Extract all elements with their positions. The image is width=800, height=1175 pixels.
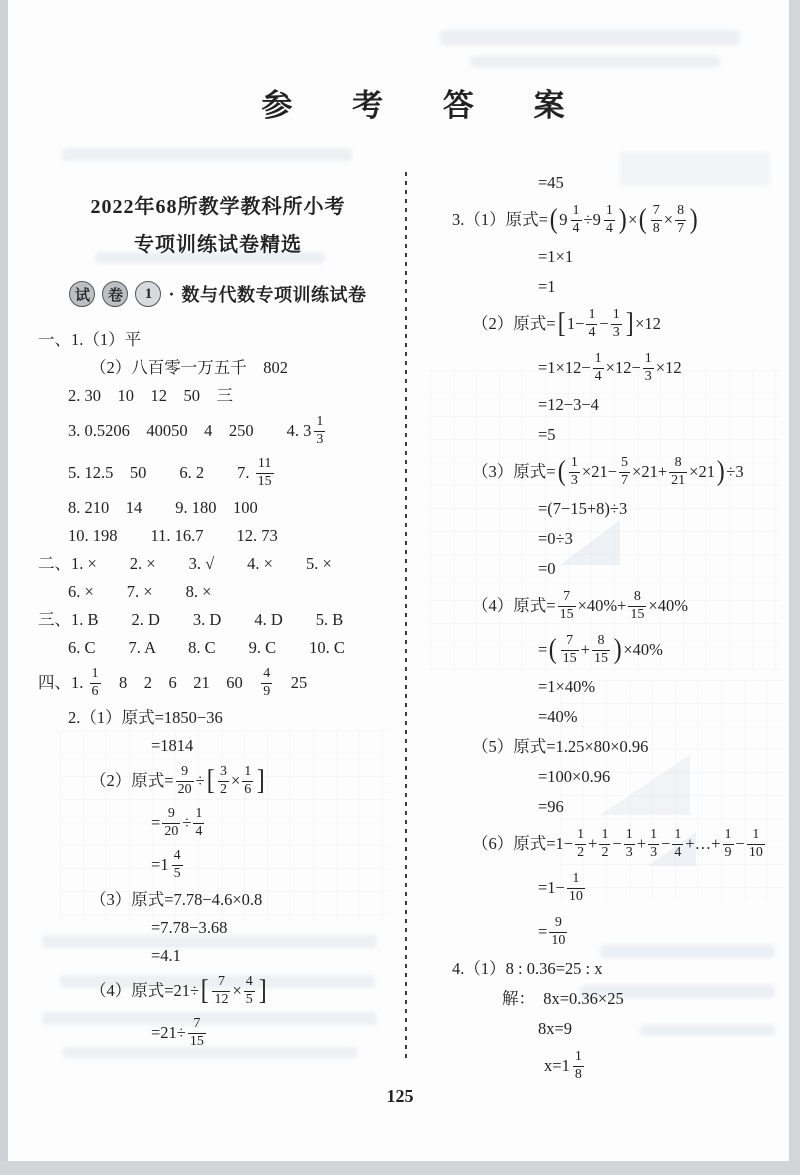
math-text: 8. 210 14 9. 180 100 <box>68 499 258 517</box>
math-text: ×12 <box>656 359 682 377</box>
math-text: ×40% <box>648 597 688 615</box>
big-delimiter: ) <box>717 458 725 486</box>
answer-line: 3.（1）原式=(914÷914)×(78×87) <box>452 198 797 242</box>
math-text: 2. 30 10 12 50 三 <box>68 387 233 405</box>
badge-circle-juan: 卷 <box>102 281 128 307</box>
page-title: 参 考 答 案 <box>0 80 800 125</box>
math-text: 6. C 7. A 8. C 9. C 10. C <box>68 639 345 657</box>
math-text: × <box>231 772 240 790</box>
math-text: =21÷ <box>151 1024 186 1042</box>
page-edge-bottom <box>0 1161 800 1175</box>
math-text: =(7−15+8)÷3 <box>538 500 627 518</box>
fraction: 920 <box>160 807 182 839</box>
answer-line: =1−110 <box>452 866 797 910</box>
answer-line: =(7−15+8)÷3 <box>452 494 797 524</box>
math-text: （3）原式= <box>472 463 556 481</box>
fraction: 32 <box>216 765 231 797</box>
math-text: =1×1 <box>538 248 573 266</box>
fraction: 13 <box>622 828 637 860</box>
fraction: 12 <box>597 828 612 860</box>
answer-line: =96 <box>452 792 797 822</box>
mixed-number: 118 <box>562 1050 586 1082</box>
answer-line: （2）原式=920÷[32×16] <box>38 760 406 802</box>
fraction: 13 <box>609 308 624 340</box>
answer-line: =1×1 <box>452 242 797 272</box>
page-edge-left <box>0 0 8 1175</box>
math-text: − <box>599 315 608 333</box>
badge-title: 数与代数专项训练试卷 <box>182 281 367 307</box>
answer-line: 8. 210 14 9. 180 100 <box>38 494 406 522</box>
math-text: 2.（1）原式=1850−36 <box>68 709 223 727</box>
answer-line: （4）原式=715×40%+815×40% <box>452 584 797 628</box>
answer-line: 6. × 7. × 8. × <box>38 578 406 606</box>
math-text: + <box>637 835 646 853</box>
math-text: × <box>232 982 241 1000</box>
math-text: +…+ <box>685 835 720 853</box>
math-text: ÷ <box>584 211 593 229</box>
answer-line: 三、1. B 2. D 3. D 4. D 5. B <box>38 606 406 634</box>
fraction: 19 <box>721 828 736 860</box>
math-text: = <box>151 856 160 874</box>
math-text: （4）原式= <box>472 597 556 615</box>
answer-line: 2.（1）原式=1850−36 <box>38 704 406 732</box>
fraction: 821 <box>667 456 689 488</box>
answer-line: =7.78−3.68 <box>38 914 406 942</box>
fraction: 16 <box>88 667 103 699</box>
answer-line: 二、1. × 2. × 3. √ 4. × 5. × <box>38 550 406 578</box>
fraction: 13 <box>567 456 582 488</box>
math-text: ×12 <box>635 315 661 333</box>
math-text: =1×40% <box>538 678 595 696</box>
page-number: 125 <box>0 1086 800 1107</box>
fraction: 49 <box>259 667 274 699</box>
math-text: 6. × 7. × 8. × <box>68 583 211 601</box>
math-text: =1814 <box>151 737 193 755</box>
paper-badge: 试 卷 1 · 数与代数专项训练试卷 <box>38 281 398 307</box>
answer-line: =45 <box>452 168 797 198</box>
big-delimiter: ( <box>549 636 557 664</box>
math-text: × <box>664 211 673 229</box>
answer-line: =0÷3 <box>452 524 797 554</box>
math-text: =12−3−4 <box>538 396 599 414</box>
math-text: （4）原式=21÷ <box>90 982 199 1000</box>
math-text: 3. 0.5206 40050 4 250 4. <box>68 422 303 440</box>
fraction: 1115 <box>254 457 276 489</box>
answer-line: =145 <box>38 844 406 886</box>
badge-circle-shi: 试 <box>69 281 95 307</box>
math-text: =40% <box>538 708 578 726</box>
fraction: 920 <box>174 765 196 797</box>
math-text: 解： 8x=0.36×25 <box>502 990 624 1008</box>
math-text: 8x=9 <box>538 1020 572 1038</box>
fraction: 815 <box>590 634 612 666</box>
answer-line: （3）原式=7.78−4.6×0.8 <box>38 886 406 914</box>
math-text: ÷ <box>182 814 191 832</box>
math-text: （2）原式= <box>472 315 556 333</box>
answer-line: =12−3−4 <box>452 390 797 420</box>
bleed-through-artifact <box>62 148 352 161</box>
math-text: 4.（1）8 : 0.36=25 : x <box>452 960 602 978</box>
math-text: =1 <box>538 278 556 296</box>
answer-line: =1814 <box>38 732 406 760</box>
answer-line: 4.（1）8 : 0.36=25 : x <box>452 954 797 984</box>
math-text: =0 <box>538 560 556 578</box>
fraction: 712 <box>210 975 232 1007</box>
math-text: = <box>151 814 160 832</box>
left-column: 一、1.（1）平（2）八百零一万五千 8022. 30 10 12 50 三3.… <box>38 326 406 1054</box>
fraction: 815 <box>626 590 648 622</box>
math-text: （2）原式= <box>90 772 174 790</box>
answer-line: =(715+815)×40% <box>452 628 797 672</box>
math-text: 8 2 6 21 60 <box>103 674 260 692</box>
math-text: =5 <box>538 426 556 444</box>
answer-line: （3）原式=(13×21−57×21+821×21)÷3 <box>452 450 797 494</box>
big-delimiter: ( <box>550 206 558 234</box>
math-text: − <box>661 835 670 853</box>
answer-line: =1×12−14×12−13×12 <box>452 346 797 390</box>
answer-line: 一、1.（1）平 <box>38 326 406 354</box>
math-text: =96 <box>538 798 564 816</box>
mixed-number: 914 <box>559 204 583 236</box>
bleed-through-artifact <box>440 30 740 45</box>
math-text: =0÷3 <box>538 530 573 548</box>
fraction: 14 <box>584 308 599 340</box>
book-title-line-2: 专项训练试卷精选 <box>38 228 398 257</box>
fraction: 110 <box>745 828 767 860</box>
big-delimiter: ] <box>257 767 265 795</box>
math-text: × <box>628 211 637 229</box>
answer-line: =40% <box>452 702 797 732</box>
fraction: 110 <box>565 872 587 904</box>
math-text: − <box>612 835 621 853</box>
page-edge-right <box>789 0 800 1175</box>
math-text: ÷3 <box>726 463 743 481</box>
big-delimiter: ] <box>258 977 266 1005</box>
math-text: + <box>581 641 590 659</box>
fraction: 45 <box>242 975 257 1007</box>
answer-line: 6. C 7. A 8. C 9. C 10. C <box>38 634 406 662</box>
answer-line: =5 <box>452 420 797 450</box>
math-text: 四、1. <box>38 674 88 692</box>
answer-line: （5）原式=1.25×80×0.96 <box>452 732 797 762</box>
fraction: 78 <box>649 204 664 236</box>
fraction: 14 <box>670 828 685 860</box>
big-delimiter: ( <box>557 458 565 486</box>
math-text: 10. 198 11. 16.7 12. 73 <box>68 527 278 545</box>
answer-line: 10. 198 11. 16.7 12. 73 <box>38 522 406 550</box>
math-text: ÷ <box>196 772 205 790</box>
mixed-number: 313 <box>303 415 327 447</box>
fraction: 910 <box>547 916 569 948</box>
book-title-line-1: 2022年68所教学教科所小考 <box>38 190 398 219</box>
math-text: =1×12− <box>538 359 591 377</box>
fraction: 715 <box>559 634 581 666</box>
answer-line: 5. 12.5 50 6. 2 7. 1115 <box>38 452 406 494</box>
answer-line: 3. 0.5206 40050 4 250 4. 313 <box>38 410 406 452</box>
answer-line: （4）原式=21÷[712×45] <box>38 970 406 1012</box>
fraction: 14 <box>591 352 606 384</box>
answer-line: =100×0.96 <box>452 762 797 792</box>
mixed-number: 145 <box>160 849 184 881</box>
fraction: 715 <box>186 1017 208 1049</box>
big-delimiter: [ <box>201 977 209 1005</box>
fraction: 12 <box>573 828 588 860</box>
scanned-answer-page: 参 考 答 案 2022年68所教学教科所小考 专项训练试卷精选 试 卷 1 ·… <box>0 0 800 1175</box>
big-delimiter: ( <box>639 206 647 234</box>
math-text: 二、1. × 2. × 3. √ 4. × 5. × <box>38 555 332 573</box>
math-text: =100×0.96 <box>538 768 610 786</box>
fraction: 87 <box>673 204 688 236</box>
math-text: ×21− <box>582 463 617 481</box>
answer-line: （2）八百零一万五千 802 <box>38 354 406 382</box>
answer-line: =1 <box>452 272 797 302</box>
math-text: + <box>588 835 597 853</box>
big-delimiter: ) <box>690 206 698 234</box>
mixed-number: 914 <box>593 204 617 236</box>
answer-line: x=118 <box>452 1044 797 1088</box>
math-text: ×40% <box>623 641 663 659</box>
answer-line: 8x=9 <box>452 1014 797 1044</box>
math-text: （6）原式=1− <box>472 835 573 853</box>
right-column: =453.（1）原式=(914÷914)×(78×87)=1×1=1（2）原式=… <box>452 168 797 1088</box>
fraction: 16 <box>240 765 255 797</box>
big-delimiter: ] <box>625 310 633 338</box>
bleed-through-artifact <box>470 56 720 67</box>
math-text: （3）原式=7.78−4.6×0.8 <box>90 891 262 909</box>
math-text: ×12− <box>606 359 641 377</box>
math-text: x= <box>544 1057 562 1075</box>
math-text: − <box>736 835 745 853</box>
fraction: 57 <box>617 456 632 488</box>
fraction: 13 <box>641 352 656 384</box>
math-text: 5. 12.5 50 6. 2 7. <box>68 464 254 482</box>
math-text: 25 <box>274 674 307 692</box>
badge-separator: · <box>168 284 174 305</box>
fraction: 14 <box>191 807 206 839</box>
answer-line: 2. 30 10 12 50 三 <box>38 382 406 410</box>
math-text: ×21+ <box>632 463 667 481</box>
answer-line: =920÷14 <box>38 802 406 844</box>
fraction: 715 <box>556 590 578 622</box>
math-text: =4.1 <box>151 947 181 965</box>
math-text: = <box>538 923 547 941</box>
answer-line: =1×40% <box>452 672 797 702</box>
math-text: （2）八百零一万五千 802 <box>90 359 288 377</box>
answer-line: （6）原式=1−12+12−13+13−14+…+19−110 <box>452 822 797 866</box>
big-delimiter: [ <box>557 310 565 338</box>
math-text: =45 <box>538 174 564 192</box>
math-text: = <box>538 641 547 659</box>
answer-line: 四、1. 16 8 2 6 21 60 49 25 <box>38 662 406 704</box>
answer-line: （2）原式=[1−14−13]×12 <box>452 302 797 346</box>
fraction: 13 <box>646 828 661 860</box>
math-text: ×40%+ <box>578 597 627 615</box>
math-text: 三、1. B 2. D 3. D 4. D 5. B <box>38 611 343 629</box>
answer-line: =910 <box>452 910 797 954</box>
answer-line: =4.1 <box>38 942 406 970</box>
answer-line: =0 <box>452 554 797 584</box>
big-delimiter: ) <box>614 636 622 664</box>
big-delimiter: [ <box>206 767 214 795</box>
math-text: 一、1.（1）平 <box>38 331 141 349</box>
math-text: 3.（1）原式= <box>452 211 548 229</box>
answer-line: =21÷715 <box>38 1012 406 1054</box>
math-text: =1− <box>538 879 565 897</box>
math-text: （5）原式=1.25×80×0.96 <box>472 738 648 756</box>
math-text: =7.78−3.68 <box>151 919 227 937</box>
math-text: 1− <box>567 315 585 333</box>
badge-circle-number: 1 <box>135 281 161 307</box>
math-text: ×21 <box>689 463 715 481</box>
answer-line: 解： 8x=0.36×25 <box>452 984 797 1014</box>
big-delimiter: ) <box>619 206 627 234</box>
